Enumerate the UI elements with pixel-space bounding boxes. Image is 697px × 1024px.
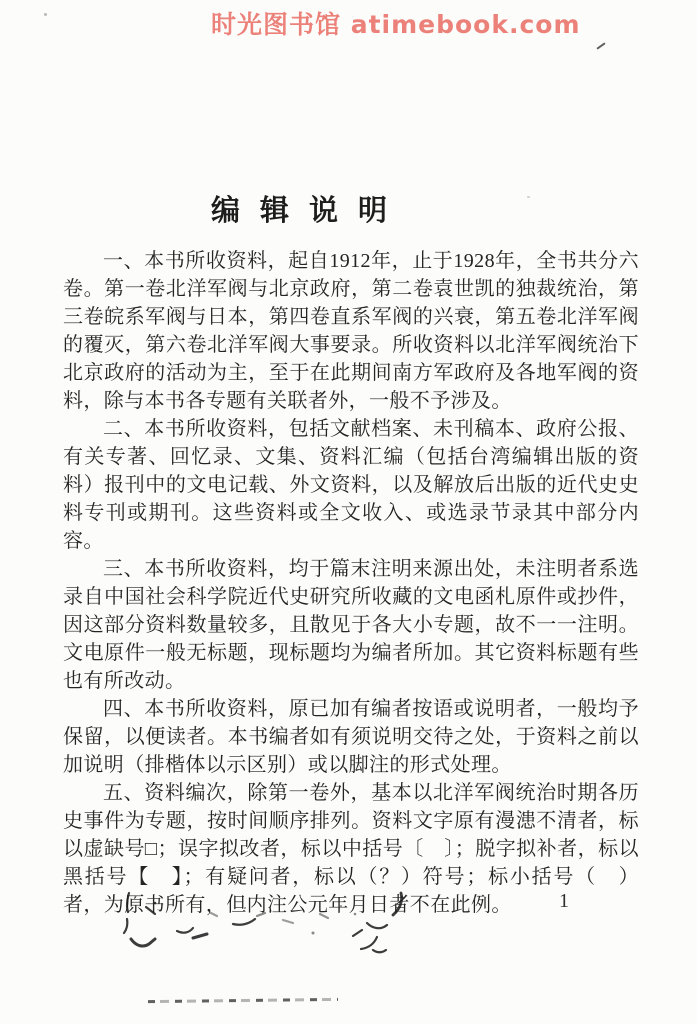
page-number: 1 <box>559 890 569 913</box>
scanned-book-page: 时光图书馆 atimebook.com 编辑说明 一、本书所收资料，起自1912… <box>0 0 697 1024</box>
paragraph: 四、本书所收资料，原已加有编者按语或说明者，一般均予保留，以便读者。本书编者如有… <box>63 695 639 779</box>
paragraph: 二、本书所收资料，包括文献档案、未刊稿本、政府公报、有关专著、回忆录、文集、资料… <box>63 415 639 555</box>
page-title: 编辑说明 <box>211 188 407 229</box>
paragraph: 三、本书所收资料，均于篇末注明来源出处，未注明者系选录自中国社会科学院近代史研究… <box>63 555 639 695</box>
scan-speck <box>44 13 47 16</box>
scan-speck <box>596 42 605 49</box>
paragraph: 一、本书所收资料，起自1912年，止于1928年，全书共分六卷。第一卷北洋军阀与… <box>63 247 639 415</box>
site-watermark: 时光图书馆 atimebook.com <box>211 5 581 41</box>
scan-crease <box>148 998 338 1003</box>
ink-smudge <box>115 885 415 960</box>
body-text: 一、本书所收资料，起自1912年，止于1928年，全书共分六卷。第一卷北洋军阀与… <box>63 247 639 919</box>
scan-speck <box>527 196 530 198</box>
